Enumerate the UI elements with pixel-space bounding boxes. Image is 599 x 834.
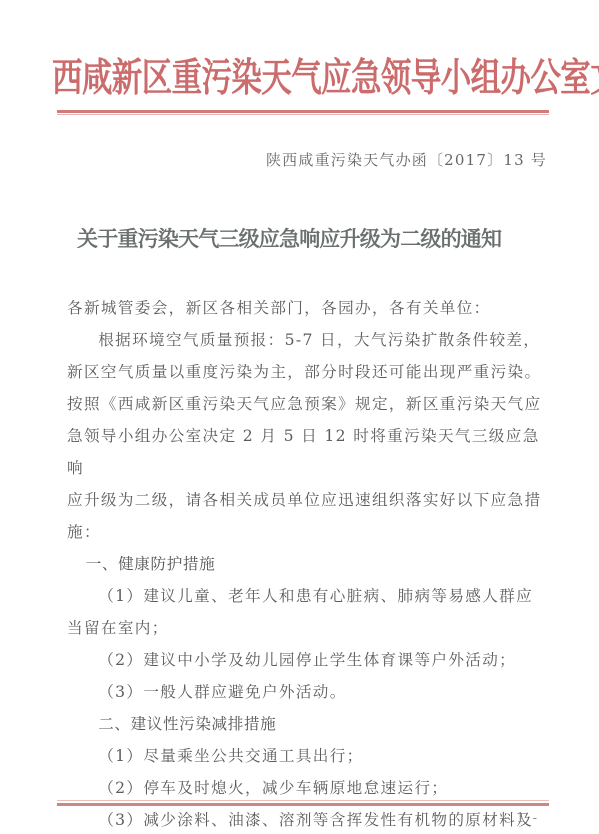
paragraph-line: 根据环境空气质量预报：5-7 日，大气污染扩散条件较差， — [67, 324, 547, 356]
document-page: 西咸新区重污染天气应急领导小组办公室文件 陕西咸重污染天气办函〔2017〕13 … — [0, 0, 599, 834]
masthead-title: 西咸新区重污染天气应急领导小组办公室文件 — [52, 46, 552, 102]
list-item-continuation: 当留在室内； — [67, 612, 547, 644]
paragraph-line: 施： — [67, 516, 547, 548]
list-item: （1）尽量乘坐公共交通工具出行； — [67, 740, 547, 772]
masthead-red-rule-thin — [57, 114, 549, 115]
footer-rule-thin — [57, 800, 549, 801]
page-number: - 1 - — [504, 811, 539, 826]
section-heading-health: 一、健康防护措施 — [67, 548, 547, 580]
paragraph-line: 新区空气质量以重度污染为主，部分时段还可能出现严重污染。 — [67, 356, 547, 388]
document-number: 陕西咸重污染天气办函〔2017〕13 号 — [266, 149, 547, 170]
list-item: （3）一般人群应避免户外活动。 — [67, 676, 547, 708]
document-body: 各新城管委会，新区各相关部门，各园办，各有关单位： 根据环境空气质量预报：5-7… — [67, 292, 547, 834]
list-item: （1）建议儿童、老年人和患有心脏病、肺病等易感人群应 — [67, 580, 547, 612]
list-item: （2）建议中小学及幼儿园停止学生体育课等户外活动； — [67, 644, 547, 676]
paragraph-line: 应升级为二级，请各相关成员单位应迅速组织落实好以下应急措 — [67, 484, 547, 516]
list-item: （3）减少涂料、油漆、溶剂等含挥发性有机物的原材料及 — [67, 804, 547, 834]
salutation: 各新城管委会，新区各相关部门，各园办，各有关单位： — [67, 292, 547, 324]
masthead-red-rule — [57, 110, 549, 113]
paragraph-line: 急领导小组办公室决定 2 月 5 日 12 时将重污染天气三级应急响 — [67, 420, 547, 484]
document-title: 关于重污染天气三级应急响应升级为二级的通知 — [77, 223, 527, 253]
section-heading-emission: 二、建议性污染减排措施 — [67, 708, 547, 740]
footer-red-rule — [57, 803, 549, 806]
paragraph-line: 按照《西咸新区重污染天气应急预案》规定，新区重污染天气应 — [67, 388, 547, 420]
